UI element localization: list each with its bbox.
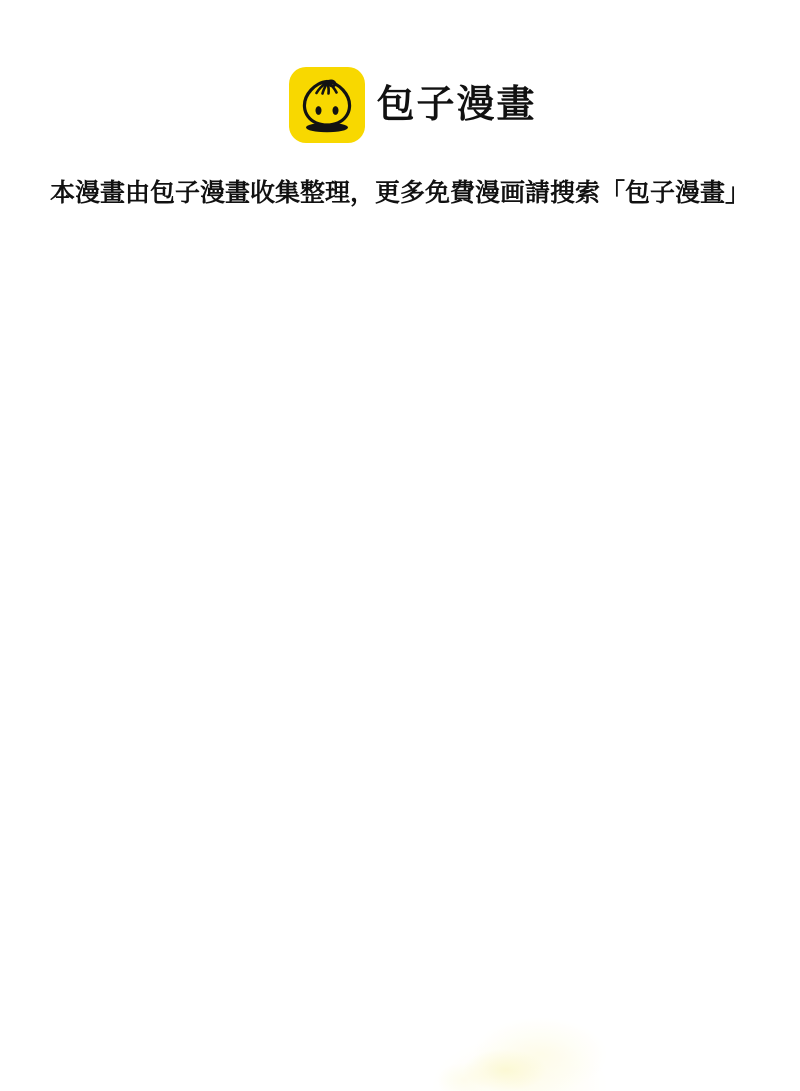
app-title: 包子漫畫 <box>376 86 536 124</box>
collection-notice-text: 本漫畫由包子漫畫收集整理，更多免費漫画請搜索「包子漫畫」 <box>0 177 800 210</box>
app-header: 包子漫畫 <box>13 67 800 143</box>
comic-credit-page: 包子漫畫 本漫畫由包子漫畫收集整理，更多免費漫画請搜索「包子漫畫」 <box>0 0 800 1091</box>
faint-next-image-edge <box>430 995 650 1091</box>
baozi-logo-icon <box>289 67 365 143</box>
